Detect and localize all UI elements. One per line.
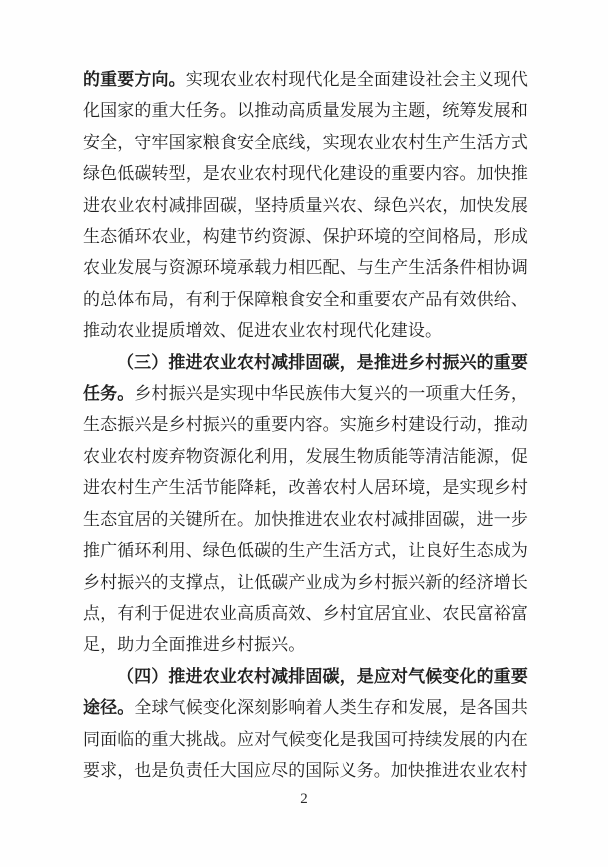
paragraph: （四）推进农业农村减排固碳，是应对气候变化的重要途径。全球气候变化深刻影响着人类… [83, 661, 528, 787]
paragraph-lead-bold: 的重要方向。 [83, 70, 186, 89]
document-body: 的重要方向。实现农业农村现代化是全面建设社会主义现代化国家的重大任务。以推动高质… [83, 64, 528, 786]
paragraph: 的重要方向。实现农业农村现代化是全面建设社会主义现代化国家的重大任务。以推动高质… [83, 64, 528, 347]
document-page: 的重要方向。实现农业农村现代化是全面建设社会主义现代化国家的重大任务。以推动高质… [0, 0, 608, 867]
paragraph-text: 乡村振兴是实现中华民族伟大复兴的一项重大任务，生态振兴是乡村振兴的重要内容。实施… [83, 384, 528, 654]
paragraph-text: 全球气候变化深刻影响着人类生存和发展，是各国共同面临的重大挑战。应对气候变化是我… [83, 698, 528, 780]
paragraph-text: 实现农业农村现代化是全面建设社会主义现代化国家的重大任务。以推动高质量发展为主题… [83, 70, 528, 340]
page-number: 2 [0, 791, 608, 808]
paragraph: （三）推进农业农村减排固碳，是推进乡村振兴的重要任务。乡村振兴是实现中华民族伟大… [83, 347, 528, 661]
